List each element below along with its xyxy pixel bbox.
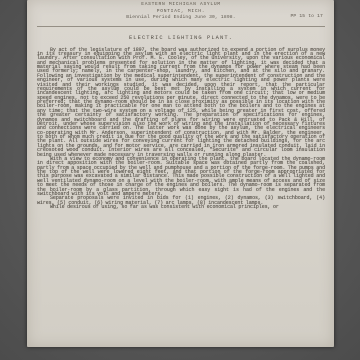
document-body: By act of the legislature of 1897, the b… [37, 48, 325, 210]
document-title: ELECTRIC LIGHTING PLANT. [37, 35, 325, 41]
document-page: EASTERN MICHIGAN ASYLUM PONTIAC, MICH. B… [27, 0, 334, 347]
paragraph-2: With a view to economy and convenience i… [37, 157, 325, 196]
page-content: EASTERN MICHIGAN ASYLUM PONTIAC, MICH. B… [37, 2, 325, 209]
page-reference: PP 15 to 17 [290, 14, 323, 19]
paragraph-4: While desirous of using, so far as was c… [37, 205, 325, 209]
paragraph-1: By act of the legislature of 1897, the b… [37, 48, 325, 157]
header-period: Biennial Period Ending June 30, 1898. [37, 15, 325, 22]
header-rule [37, 26, 325, 27]
